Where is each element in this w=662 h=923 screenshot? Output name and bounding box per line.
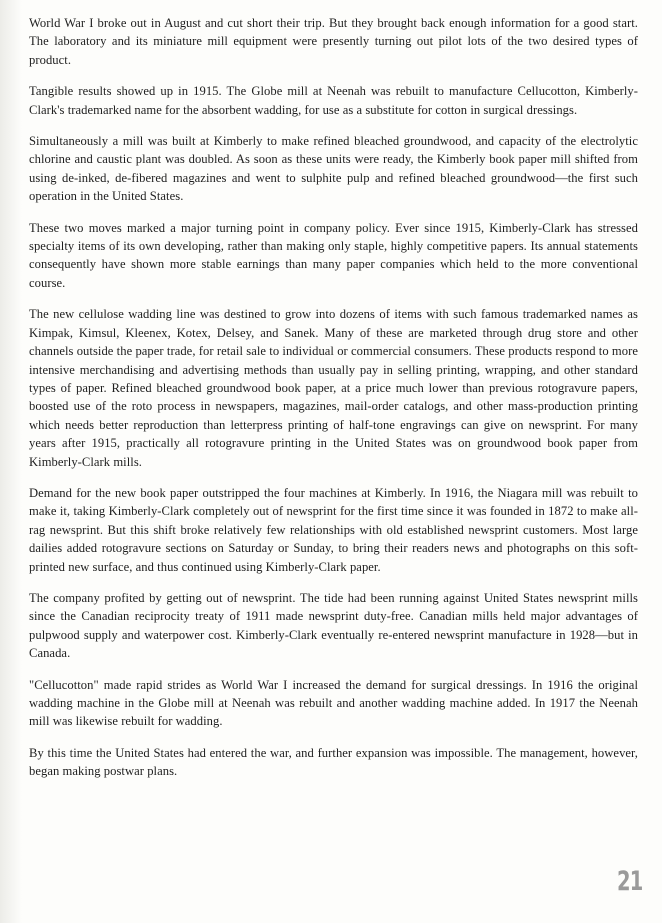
paragraph-newsprint-exit: The company profited by getting out of n… [29,589,638,663]
page-number: 21 [617,866,643,897]
paragraph-cellucotton-strides: "Cellucotton" made rapid strides as Worl… [29,676,638,731]
paragraph-policy-turning-point: These two moves marked a major turning p… [29,219,638,293]
document-body: World War I broke out in August and cut … [29,14,638,794]
paragraph-cellucotton-1915: Tangible results showed up in 1915. The … [29,82,638,119]
paragraph-ww1-trip: World War I broke out in August and cut … [29,14,638,69]
paragraph-groundwood-mill: Simultaneously a mill was built at Kimbe… [29,132,638,206]
paragraph-book-paper-demand: Demand for the new book paper outstrippe… [29,484,638,576]
page-edge-shadow [0,0,22,923]
paragraph-postwar-plans: By this time the United States had enter… [29,744,638,781]
paragraph-wadding-line: The new cellulose wadding line was desti… [29,305,638,471]
